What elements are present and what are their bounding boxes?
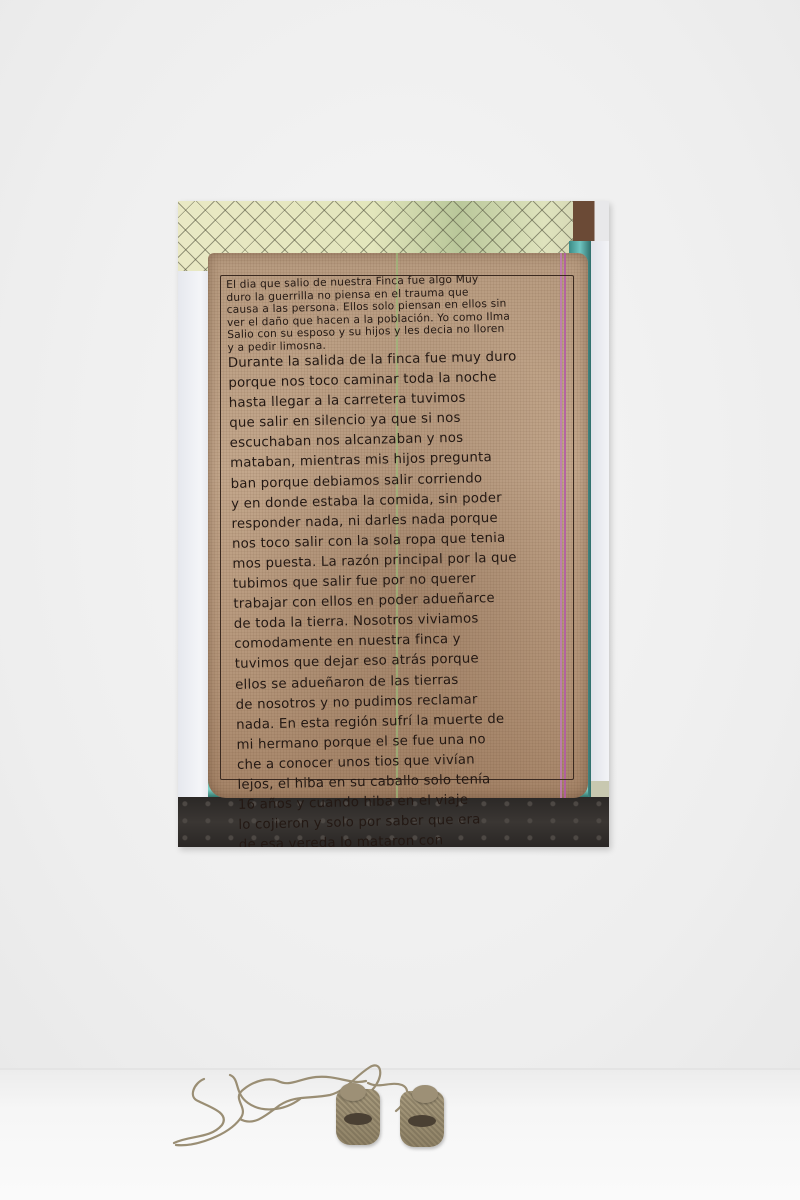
handwritten-testimony: El dia que salio de nuestra Finca fue al…: [226, 271, 585, 847]
left-sandal: [336, 1089, 380, 1145]
white-plank-right: [589, 241, 609, 781]
sandal-toe-flap: [412, 1085, 438, 1103]
artwork-print: El dia que salio de nuestra Finca fue al…: [178, 201, 609, 847]
burlap-sack: El dia que salio de nuestra Finca fue al…: [208, 253, 588, 798]
sandal-toe-flap: [340, 1083, 366, 1101]
woven-sandals: [170, 1055, 460, 1150]
right-sandal: [400, 1091, 444, 1147]
